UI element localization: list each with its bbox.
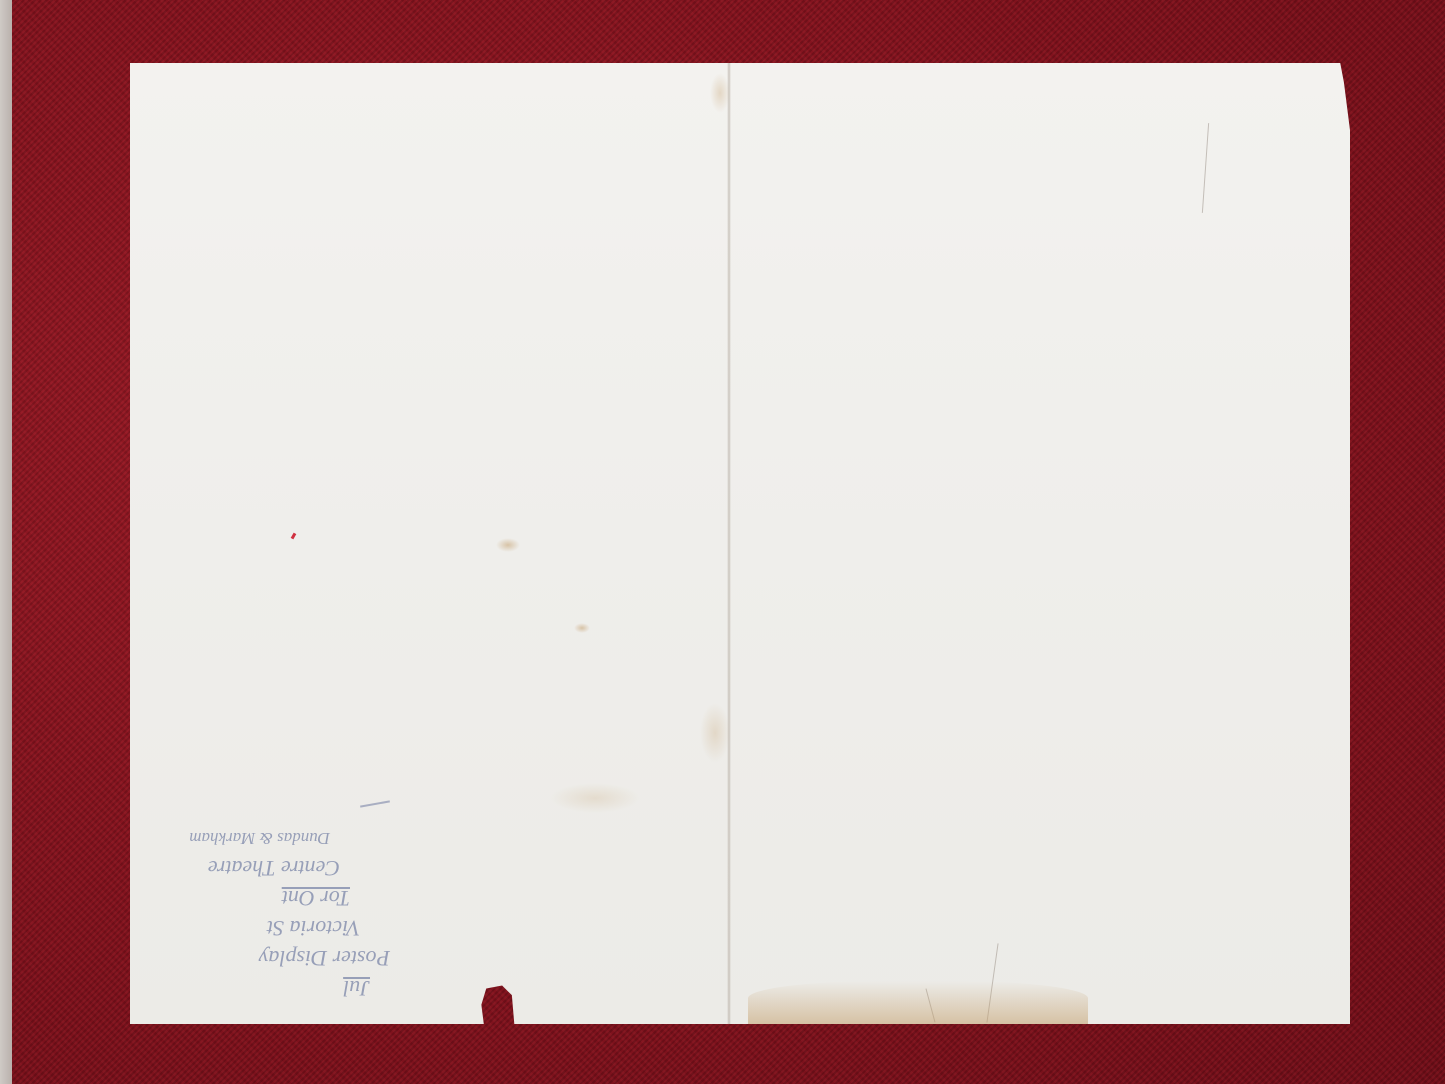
center-fold-line [727,63,731,1024]
red-fleck [291,533,297,540]
stain-spot [574,623,590,633]
handwriting-line: Victoria St [140,913,360,943]
handwriting-line: Centre Theatre [140,853,340,883]
stain-spot [710,73,730,113]
stain-spot [550,783,640,813]
handwriting-line: Poster Display [140,943,390,973]
stain-spot [496,538,520,552]
handwriting-line: Tor Ont [140,883,350,913]
paper-crack [1202,123,1209,213]
poster-back-sheet: Jul Poster Display Victoria St Tor Ont C… [130,63,1350,1024]
handwriting-line: Dundas & Markham [140,823,330,853]
left-edge-strip [0,0,12,1084]
pencil-handwriting-note: Jul Poster Display Victoria St Tor Ont C… [140,683,410,1003]
stain-spot [700,703,730,763]
handwriting-line: Jul [140,973,370,1003]
bottom-water-stain [748,981,1088,1024]
